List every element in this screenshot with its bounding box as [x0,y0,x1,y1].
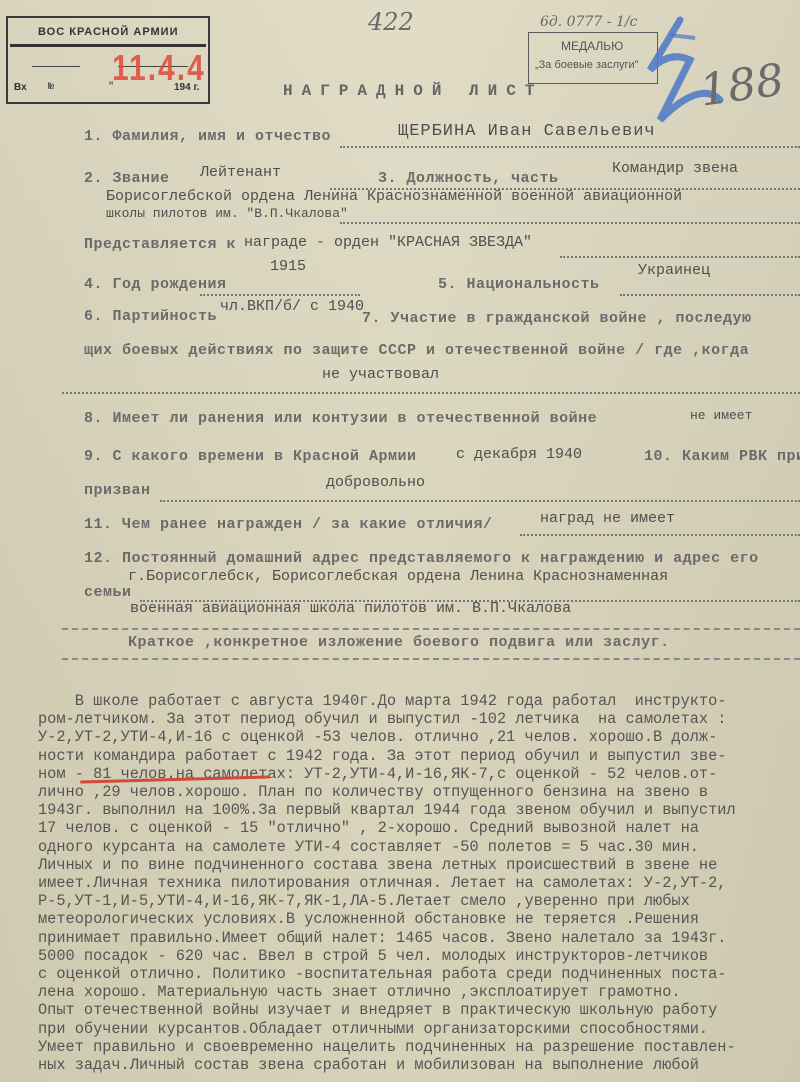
citation-body: В школе работает с августа 1940г.До март… [38,692,798,1074]
citation-line: лена хорошо. Материальную часть знает от… [38,983,798,1001]
citation-line: лично ,29 челов.хорошо. План по количест… [38,783,798,801]
handwritten-number: 422 [368,8,414,36]
field-10-value: добровольно [326,474,425,491]
field-11-label: 11. Чем ранее награжден / за какие отлич… [84,516,493,533]
citation-line: при обучении курсантов.Обладает отличным… [38,1020,798,1038]
medal-stamp-line2: „За боевые заслуги" [535,59,639,71]
citation-line: Умеет правильно и своевременно нацелить … [38,1038,798,1056]
medal-stamp: МЕДАЛЬЮ „За боевые заслуги" [528,32,658,84]
dotted-rule [340,146,800,148]
citation-line: 1943г. выполнил на 100%.За первый кварта… [38,801,798,819]
citation-line: Личных и по вине подчиненного состава зв… [38,856,798,874]
dotted-rule [340,222,800,224]
field-3-unit-line2: школы пилотов им. "В.П.Чкалова" [106,206,348,221]
section-heading: Краткое ,конкретное изложение боевого по… [128,634,670,651]
field-5-label: 5. Национальность [438,276,600,293]
dotted-rule [620,294,800,296]
citation-line: Опыт отечественной войны изучает и внедр… [38,1001,798,1019]
document-title: НАГРАДНОЙ ЛИСТ [283,82,543,100]
section-rule-bottom [62,658,800,660]
field-8-label: 8. Имеет ли ранения или контузии в отече… [84,410,597,427]
field-6-value: чл.ВКП/б/ с 1940 [220,298,364,315]
dotted-rule [560,256,800,258]
field-3-unit-line1: Борисоглебской ордена Ленина Краснознаме… [106,188,682,205]
section-rule-top [62,628,800,630]
field-7-label-line1: 7. Участие в гражданской войне , последу… [362,310,752,327]
citation-line: ром-летчиком. За этот период обучил и вы… [38,710,798,728]
stamp-title: ВОС КРАСНОЙ АРМИИ [38,26,179,38]
stamp-incoming-label: Вх [14,82,27,93]
dotted-rule [62,392,800,394]
field-3-label: 3. Должность, часть [378,170,559,187]
field-12-label: 12. Постоянный домашний адрес представля… [84,550,759,567]
citation-line: метеорологических условиях.В усложненной… [38,910,798,928]
citation-line: с оценкой отлично. Политико -воспитатель… [38,965,798,983]
citation-line: ных задач.Личный состав звена сработан и… [38,1056,798,1074]
field-2-label: 2. Звание [84,170,170,187]
stamp-dash [32,66,80,67]
field-3-value: Командир звена [612,160,738,177]
nominated-label: Представляется к [84,236,236,253]
stamp-number-label: № [48,82,54,93]
stamp-reference: 6д. 0777 - 1/с [540,14,637,30]
field-9-value: с декабря 1940 [456,446,582,463]
field-12-value-line2: военная авиационная школа пилотов им. В.… [130,600,571,617]
citation-line: ности командира работает с 1942 года. За… [38,747,798,765]
field-5-value: Украинец [638,262,710,279]
citation-line: 5000 посадок - 620 час. Ввел в строй 5 ч… [38,947,798,965]
field-4-label: 4. Год рождения [84,276,227,293]
nominated-value: награде - орден "КРАСНАЯ ЗВЕЗДА" [244,234,532,251]
citation-line: 17 челов. с оценкой - 15 "отлично" , 2-х… [38,819,798,837]
field-10-label: 10. Каким РВК призван [644,448,800,465]
dotted-rule [520,534,800,536]
field-11-value: наград не имеет [540,510,675,527]
citation-line: принимает правильно.Имеет общий налет: 1… [38,929,798,947]
citation-line: У-2,УТ-2,УТИ-4,И-16 с оценкой -53 челов.… [38,728,798,746]
field-12-label-cont: семьи [84,584,132,601]
citation-line: В школе работает с августа 1940г.До март… [38,692,798,710]
red-pencil-marking: 11.4.4 [112,49,206,90]
citation-line: имеет.Личная техника пилотирования отлич… [38,874,798,892]
dotted-rule [160,500,800,502]
field-1-label: 1. Фамилия, имя и отчество [84,128,331,145]
medal-stamp-line1: МЕДАЛЬЮ [561,39,623,53]
field-4-value: 1915 [270,258,306,275]
field-9-label: 9. С какого времени в Красной Армии [84,448,417,465]
field-8-value: не имеет [690,408,752,423]
stamp-divider [10,44,206,47]
field-7-label-line2: щих боевых действиях по защите СССР и от… [84,342,749,359]
dotted-rule [200,294,360,296]
field-1-value: ЩЕРБИНА Иван Савельевич [398,122,656,141]
field-7-value: не участвовал [322,366,439,383]
field-10-label-cont: призван [84,482,151,499]
field-12-value-line1: г.Борисоглебск, Борисоглебская ордена Ле… [128,568,668,585]
citation-line: Р-5,УТ-1,И-5,УТИ-4,И-16,ЯК-7,ЯК-1,ЛА-5.Л… [38,892,798,910]
field-2-value: Лейтенант [200,164,281,181]
field-6-label: 6. Партийность [84,308,217,325]
citation-line: одного курсанта на самолете УТИ-4 состав… [38,838,798,856]
